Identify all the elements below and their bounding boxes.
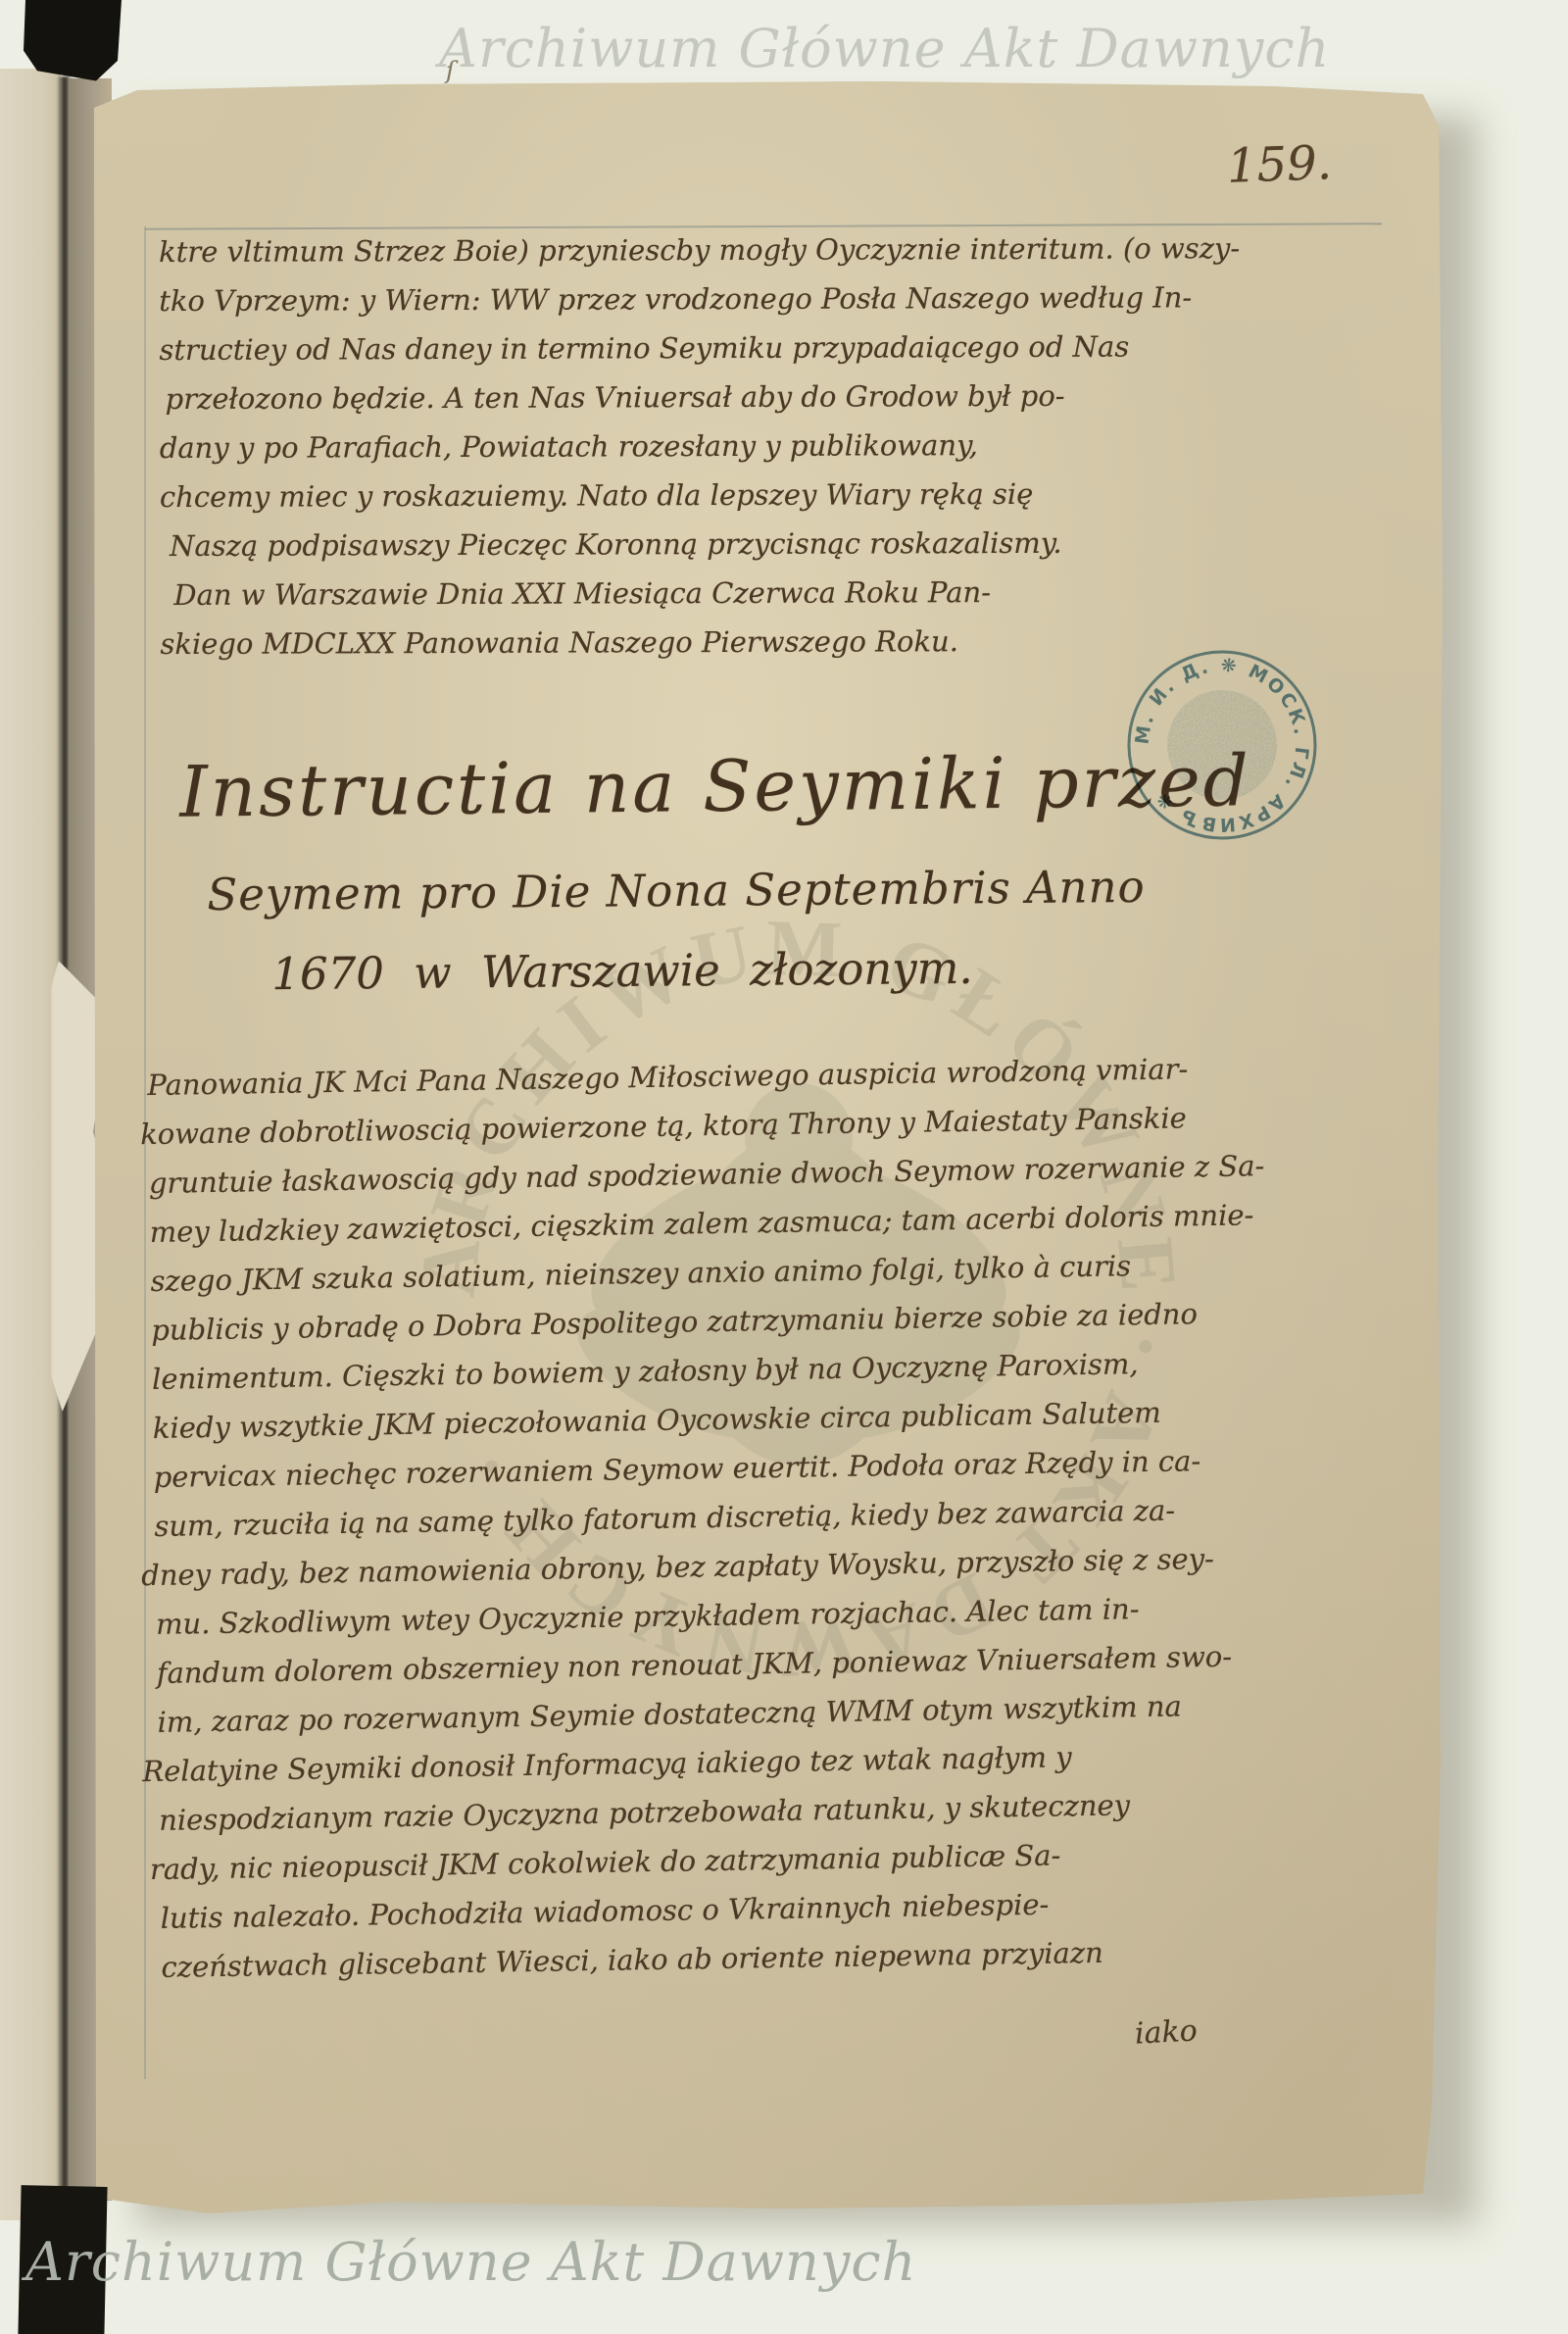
instruction-title-line3: 1670 w Warszawie złozonym. <box>147 941 1098 1001</box>
watermark-top: Archiwum Główne Akt Dawnych <box>439 18 1330 79</box>
stamp-eagle-center <box>1167 690 1277 800</box>
instruction-title-line1: Instructia na Seymiki przed <box>137 739 1295 833</box>
text-line: structiey od Nas daney in termino Seymik… <box>159 322 1233 374</box>
text-line: skiego MDCLXX Panowania Naszego Pierwsze… <box>160 616 1234 669</box>
moscow-archive-stamp: М. И. Д. ❋ МОСК. ГЛ. АРХИВЪ ❋ <box>1124 647 1320 843</box>
page-number: 159. <box>1226 135 1333 194</box>
scanned-document: { "scan": { "watermark_top": "Archiwum G… <box>0 0 1568 2334</box>
body-paragraph: Panowania JK Mci Pana Naszego Miłosciweg… <box>147 1044 1249 1992</box>
catchword: iako <box>1134 2013 1198 2051</box>
instruction-title-line2: Seymem pro Die Nona Septembris Anno <box>147 860 1205 920</box>
text-line: ktre vltimum Strzez Boie) przyniescby mo… <box>159 223 1233 276</box>
closing-paragraph: ktre vltimum Strzez Boie) przyniescby mo… <box>159 223 1235 669</box>
text-line: dany y po Parafiach, Powiatach rozesłany… <box>160 420 1234 472</box>
text-line: Naszą podpisawszy Pieczęc Koronną przyci… <box>170 518 1234 571</box>
watermark-bottom: Archiwum Główne Akt Dawnych <box>25 2231 916 2293</box>
text-line: Dan w Warszawie Dnia XXI Miesiąca Czerwc… <box>173 567 1234 620</box>
text-line: przełozono będzie. A ten Nas Vniuersał a… <box>166 371 1234 423</box>
text-line: tko Vprzeym: y Wiern: WW przez vrodzoneg… <box>159 273 1233 325</box>
text-line: chcemy miec y roskazuiemy. Nato dla leps… <box>160 469 1234 521</box>
